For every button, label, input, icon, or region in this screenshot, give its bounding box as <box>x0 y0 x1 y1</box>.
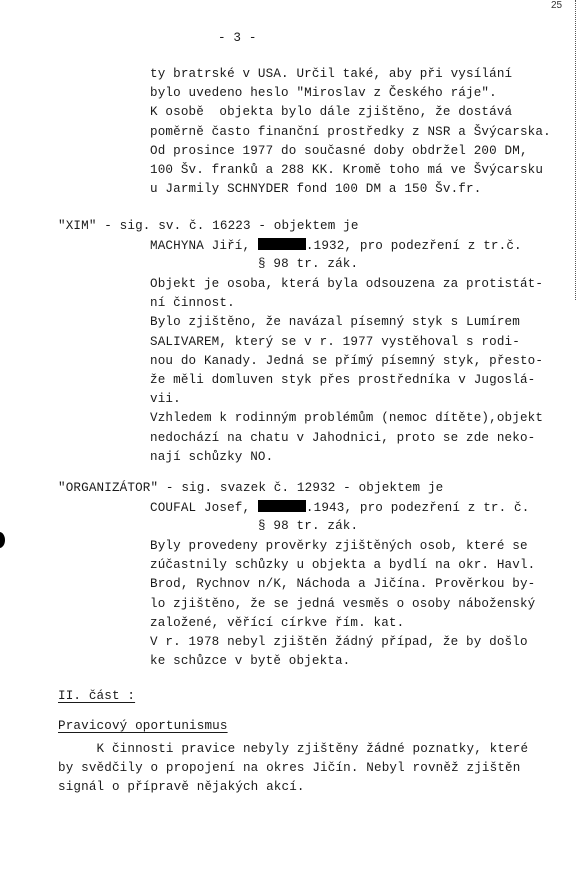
case-xim-law-paragraph: § 98 tr. zák. <box>258 257 358 271</box>
text-line: Vzhledem k rodinným problémům (nemoc dít… <box>150 411 543 425</box>
subject-birth-year: .1932, pro podezření z tr.č. <box>306 239 522 253</box>
text-line: V r. 1978 nebyl zjištěn žádný případ, že… <box>150 635 528 649</box>
text-line: 100 Šv. franků a 288 KK. Kromě toho má v… <box>150 163 543 177</box>
text-line: ní činnost. <box>150 296 235 310</box>
subject-birth-year: .1943, pro podezření z tr. č. <box>306 501 530 515</box>
case-xim-subject: MACHYNA Jiří, .1932, pro podezření z tr.… <box>150 238 522 253</box>
document-page: 25 - 3 - ty bratrské v USA. Určil také, … <box>0 0 588 879</box>
text-line: zúčastnily schůzky u objekta a bydlí na … <box>150 558 535 572</box>
case-xim-header: "XIM" - sig. sv. č. 16223 - objektem je <box>58 219 359 233</box>
text-line: Byly provedeny prověrky zjištěných osob,… <box>150 539 528 553</box>
text-line: nou do Kanady. Jedná se přímý písemný st… <box>150 354 543 368</box>
subject-name: MACHYNA Jiří, <box>150 239 250 253</box>
text-line: K osobě objekta bylo dále zjištěno, že d… <box>150 105 512 119</box>
text-line: Brod, Rychnov n/K, Náchoda a Jičína. Pro… <box>150 577 535 591</box>
text-line: nají schůzky NO. <box>150 450 273 464</box>
text-line: bylo uvedeno heslo "Miroslav z Českého r… <box>150 86 497 100</box>
text-line: by svědčily o propojení na okres Jičín. … <box>58 761 520 775</box>
section-subheading: Pravicový oportunismus <box>58 719 228 733</box>
text-line: Od prosince 1977 do současné doby obdrže… <box>150 144 528 158</box>
text-line: Objekt je osoba, která byla odsouzena za… <box>150 277 543 291</box>
text-line: u Jarmily SCHNYDER fond 100 DM a 150 Šv.… <box>150 182 481 196</box>
text-line: založené, věřící církve řím. kat. <box>150 616 404 630</box>
case-organizator-subject: COUFAL Josef, .1943, pro podezření z tr.… <box>150 500 529 515</box>
text-line: ke schůzce v bytě objekta. <box>150 654 350 668</box>
text-line: nedochází na chatu v Jahodnici, proto se… <box>150 431 535 445</box>
page-number: - 3 - <box>218 31 257 45</box>
text-line: poměrně často finanční prostředky z NSR … <box>150 125 551 139</box>
redaction-bar <box>258 238 306 250</box>
redaction-bar <box>258 500 306 512</box>
case-organizator-header: "ORGANIZÁTOR" - sig. svazek č. 12932 - o… <box>58 481 443 495</box>
text-line: K činnosti pravice nebyly zjištěny žádné… <box>58 742 528 756</box>
text-line: signál o přípravě nějakých akcí. <box>58 780 305 794</box>
section-heading: II. část : <box>58 689 135 703</box>
text-line: Bylo zjištěno, že navázal písemný styk s… <box>150 315 520 329</box>
text-line: ty bratrské v USA. Určil také, aby při v… <box>150 67 512 81</box>
case-organizator-law-paragraph: § 98 tr. zák. <box>258 519 358 533</box>
punch-hole <box>0 532 5 548</box>
text-line: lo zjištěno, že se jedná vesměs o osoby … <box>150 597 535 611</box>
subject-name: COUFAL Josef, <box>150 501 250 515</box>
text-line: že měli domluven styk přes prostředníka … <box>150 373 535 387</box>
text-line: SALIVAREM, který se v r. 1977 vystěhoval… <box>150 335 520 349</box>
archive-folio-number: 25 <box>551 0 562 11</box>
text-line: vii. <box>150 392 181 406</box>
margin-dotted-line <box>575 0 576 300</box>
